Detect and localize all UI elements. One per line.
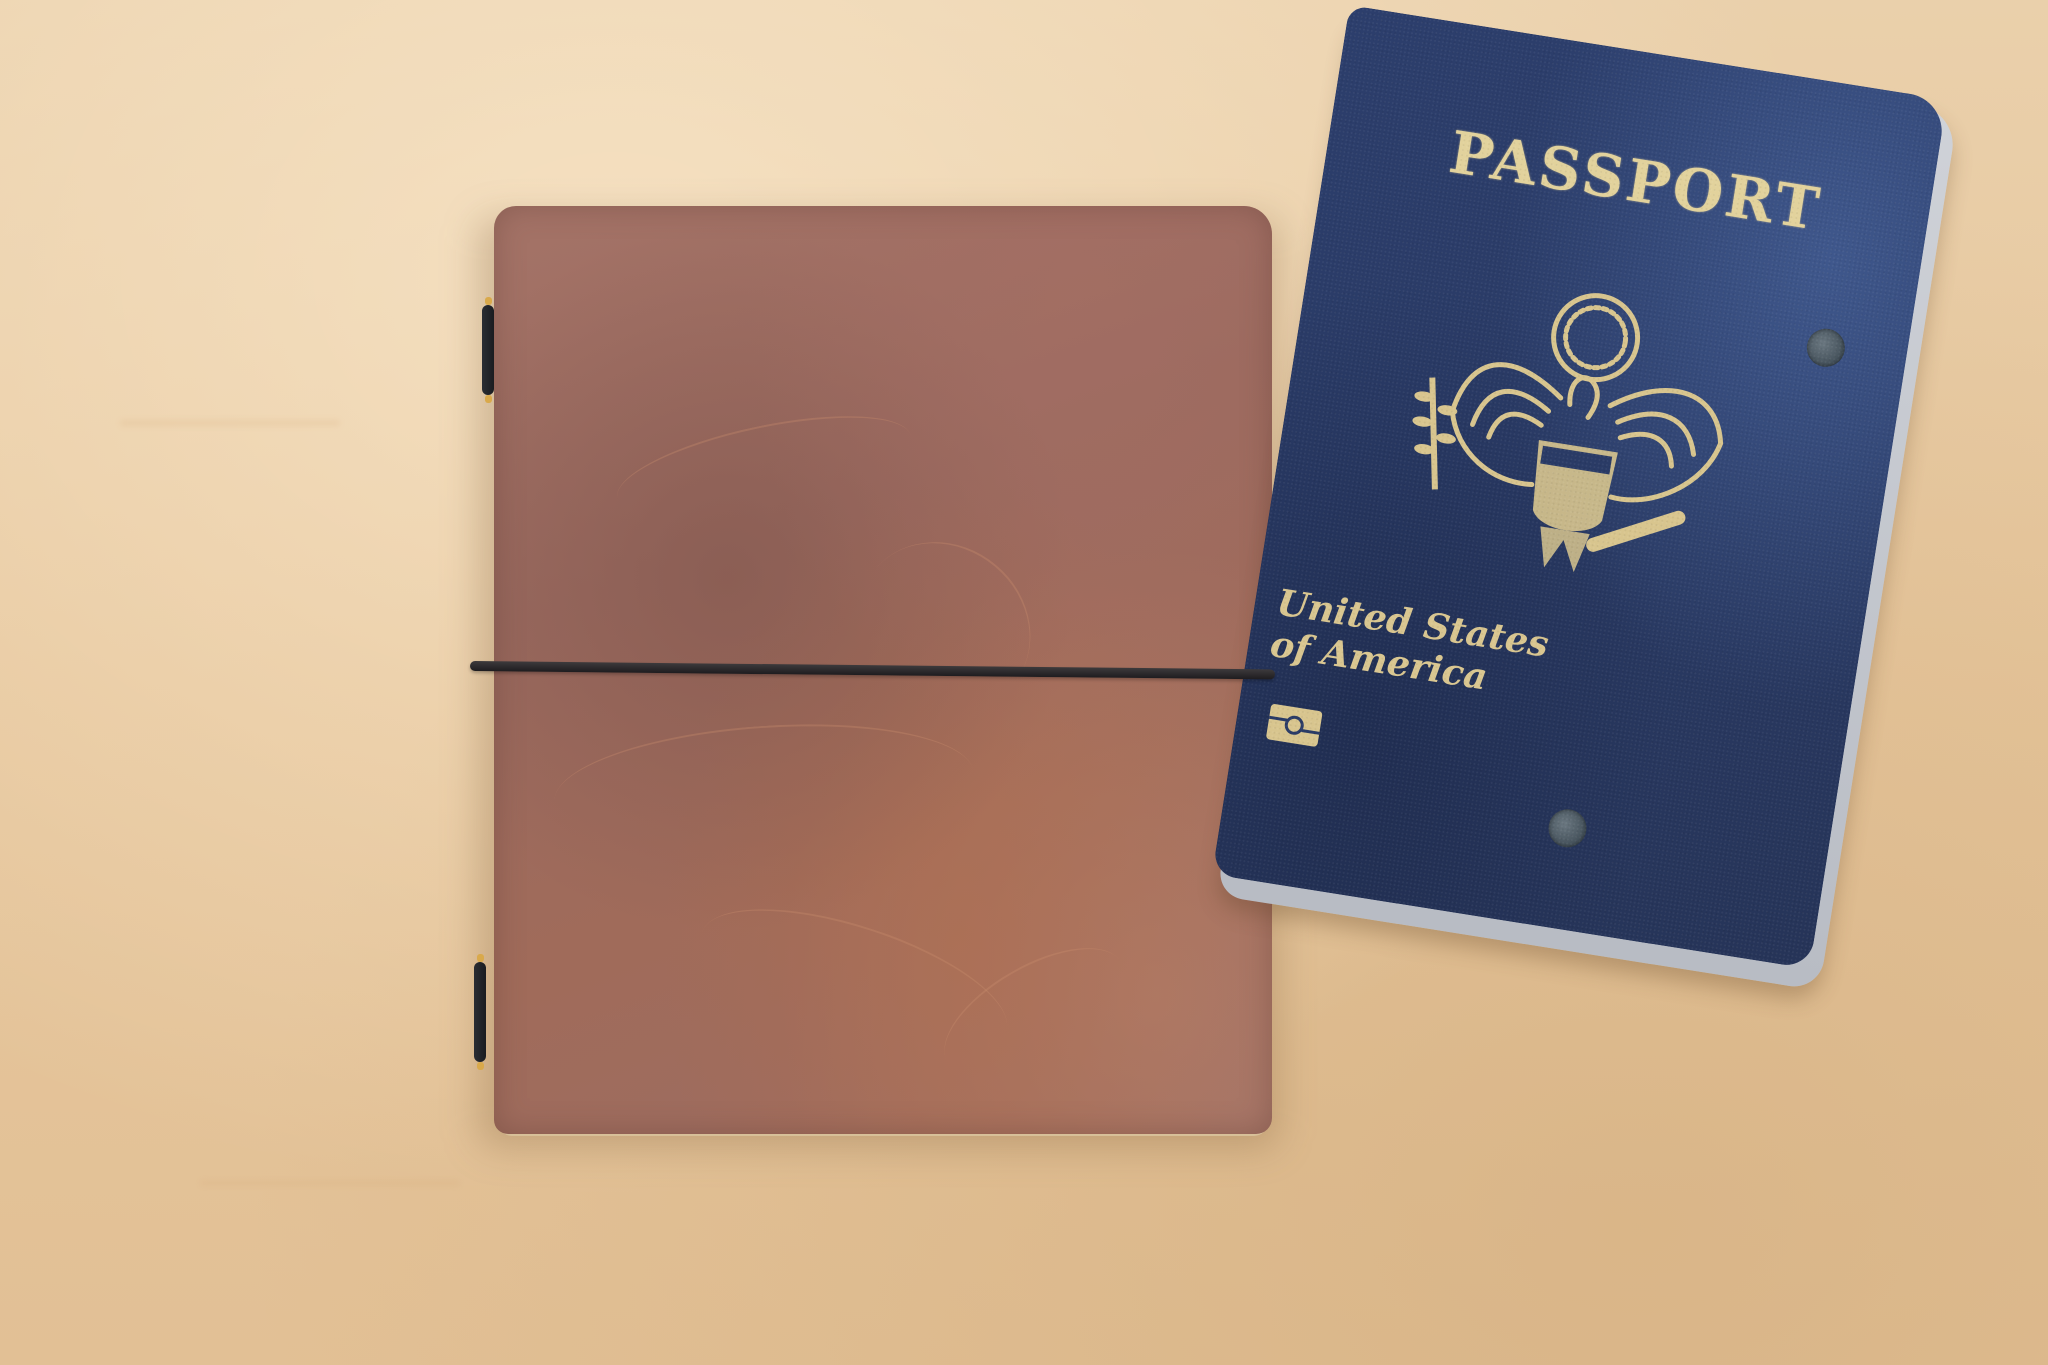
punch-hole-top — [1804, 326, 1847, 369]
leather-crease — [550, 711, 977, 862]
punch-hole-bottom — [1546, 807, 1589, 850]
spine-elastic-loop-bottom — [474, 962, 486, 1062]
spine-elastic-loop-top — [482, 305, 494, 395]
country-name: United States of America — [1267, 581, 1551, 707]
leather-crease — [609, 396, 919, 539]
passport-title: PASSPORT — [1413, 113, 1858, 249]
wood-grain — [120, 420, 340, 426]
wood-grain — [200, 1180, 460, 1186]
biometric-chip-icon — [1263, 701, 1325, 749]
leather-crease — [823, 507, 1065, 747]
great-seal-eagle-icon — [1370, 254, 1772, 607]
